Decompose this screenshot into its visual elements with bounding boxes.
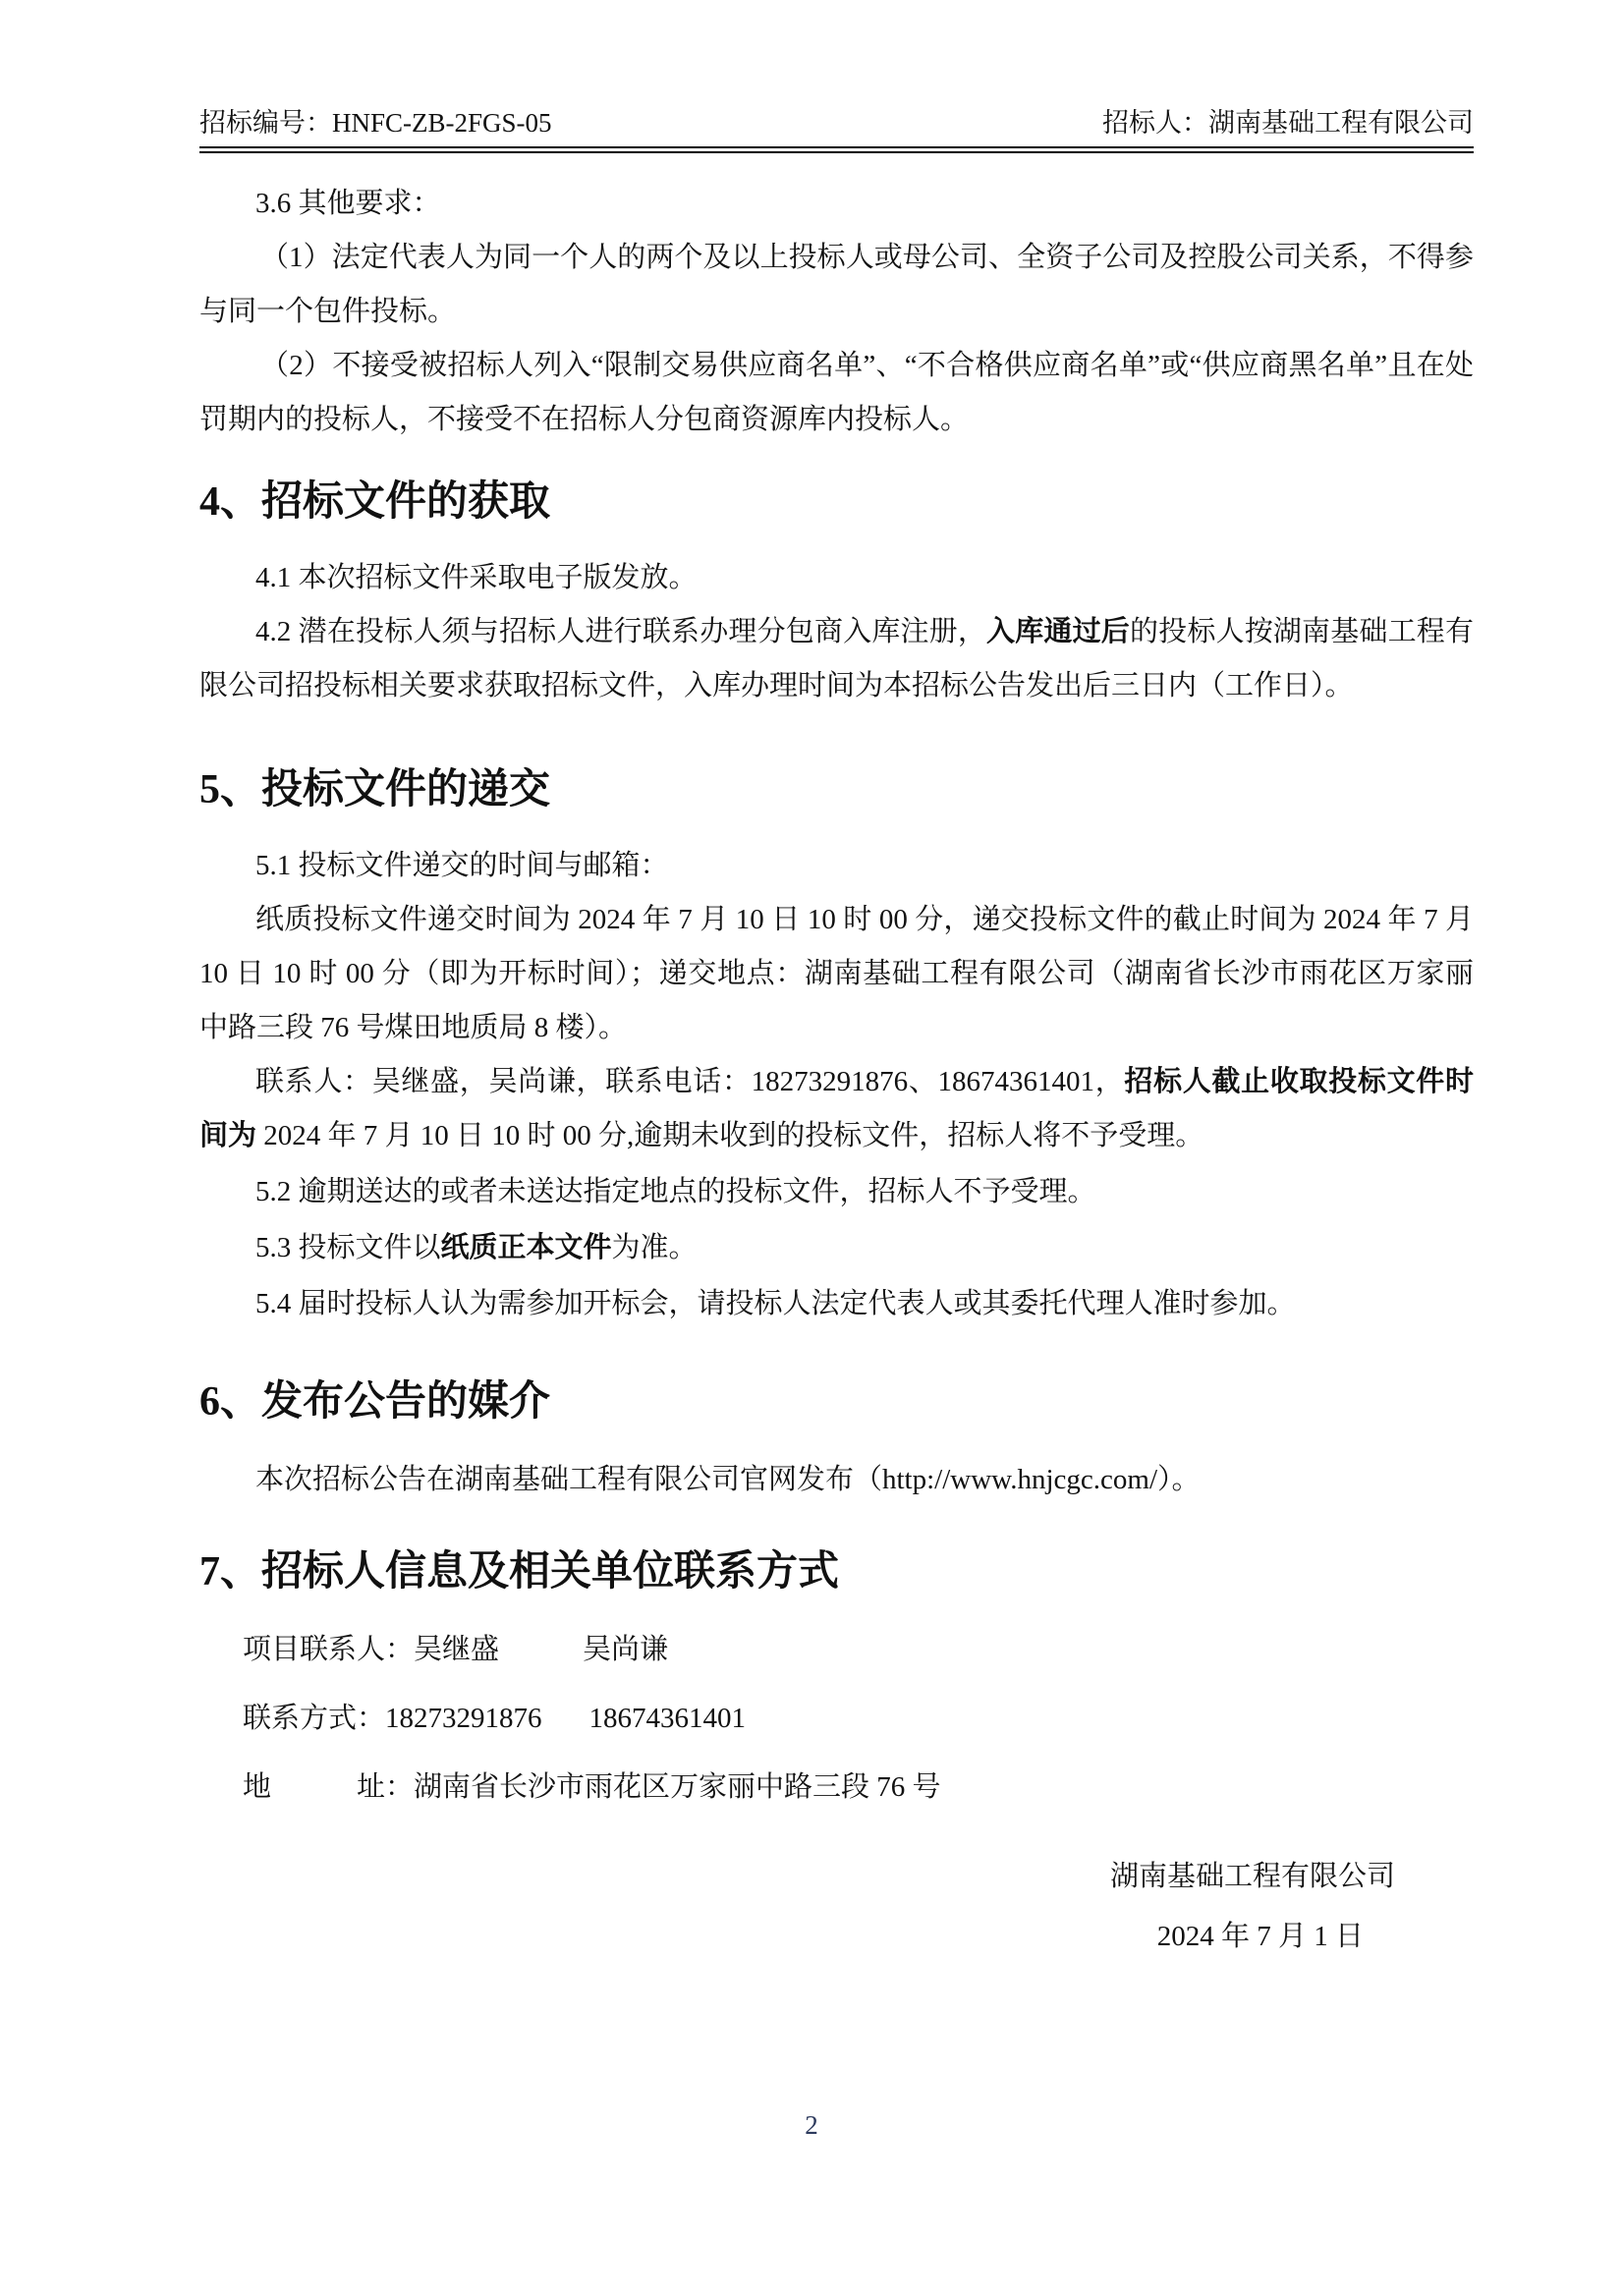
clause-5-1-contact-post: 2024 年 7 月 10 日 10 时 00 分,逾期未收到的投标文件，招标人… [256, 1120, 1203, 1151]
section-6-heading: 6、发布公告的媒介 [199, 1376, 1474, 1428]
clause-3-6-item-1: （1）法定代表人为同一个人的两个及以上投标人或母公司、全资子公司及控股公司关系，… [199, 231, 1474, 339]
clause-4-2: 4.2 潜在投标人须与招标人进行联系办理分包商入库注册，入库通过后的投标人按湖南… [199, 605, 1474, 713]
signature-company: 湖南基础工程有限公司 [199, 1850, 1474, 1904]
project-contact-line: 项目联系人：吴继盛吴尚谦 [243, 1623, 1474, 1677]
clause-4-1: 4.1 本次招标文件采取电子版发放。 [199, 551, 1474, 605]
clause-3-6-title: 3.6 其他要求： [199, 177, 1474, 231]
address-line: 地 址：湖南省长沙市雨花区万家丽中路三段 76 号 [243, 1761, 1474, 1815]
clause-5-3-post: 为准。 [612, 1232, 698, 1263]
project-contact-name-1: 吴继盛 [414, 1634, 499, 1665]
clause-5-3-bold: 纸质正本文件 [441, 1232, 612, 1263]
clause-5-4: 5.4 届时投标人认为需参加开标会，请投标人法定代表人或其委托代理人准时参加。 [199, 1277, 1474, 1331]
header-tenderer-name: 招标人：湖南基础工程有限公司 [1102, 103, 1474, 142]
document-page: 招标编号：HNFC-ZB-2FGS-05 招标人：湖南基础工程有限公司 3.6 … [0, 0, 1623, 2296]
clause-5-3: 5.3 投标文件以纸质正本文件为准。 [199, 1221, 1474, 1275]
project-contact-label: 项目联系人： [243, 1634, 414, 1665]
address-label: 地 址： [243, 1771, 414, 1803]
page-content: 招标编号：HNFC-ZB-2FGS-05 招标人：湖南基础工程有限公司 3.6 … [0, 0, 1623, 1964]
section-4-heading: 4、招标文件的获取 [199, 476, 1474, 528]
address-value: 湖南省长沙市雨花区万家丽中路三段 76 号 [414, 1771, 941, 1803]
clause-3-6-item-2: （2）不接受被招标人列入“限制交易供应商名单”、“不合格供应商名单”或“供应商黑… [199, 339, 1474, 447]
section-7-heading: 7、招标人信息及相关单位联系方式 [199, 1546, 1474, 1597]
clause-4-2-bold: 入库通过后 [986, 616, 1130, 647]
contact-phone-1: 18273291876 [385, 1703, 542, 1734]
clause-5-1: 5.1 投标文件递交的时间与邮箱： [199, 839, 1474, 893]
header-tender-number: 招标编号：HNFC-ZB-2FGS-05 [199, 103, 552, 142]
page-number: 2 [0, 2110, 1623, 2141]
clause-4-2-pre: 4.2 潜在投标人须与招标人进行联系办理分包商入库注册， [255, 616, 986, 647]
contact-phone-line: 联系方式：1827329187618674361401 [243, 1692, 1474, 1746]
contact-phone-label: 联系方式： [243, 1703, 385, 1734]
running-header: 招标编号：HNFC-ZB-2FGS-05 招标人：湖南基础工程有限公司 [199, 103, 1474, 153]
clause-5-3-pre: 5.3 投标文件以 [255, 1232, 441, 1263]
contact-phone-2: 18674361401 [589, 1703, 747, 1734]
signature-date: 2024 年 7 月 1 日 [199, 1910, 1474, 1964]
project-contact-name-2: 吴尚谦 [583, 1634, 668, 1665]
clause-5-1-contact-pre: 联系人：吴继盛，吴尚谦，联系电话：18273291876、18674361401… [255, 1066, 1124, 1097]
clause-6-body: 本次招标公告在湖南基础工程有限公司官网发布（http://www.hnjcgc.… [199, 1453, 1474, 1507]
section-5-heading: 5、投标文件的递交 [199, 764, 1474, 815]
clause-5-1-time: 纸质投标文件递交时间为 2024 年 7 月 10 日 10 时 00 分，递交… [199, 893, 1474, 1055]
clause-5-2: 5.2 逾期送达的或者未送达指定地点的投标文件，招标人不予受理。 [199, 1165, 1474, 1219]
clause-5-1-contact: 联系人：吴继盛，吴尚谦，联系电话：18273291876、18674361401… [199, 1055, 1474, 1163]
